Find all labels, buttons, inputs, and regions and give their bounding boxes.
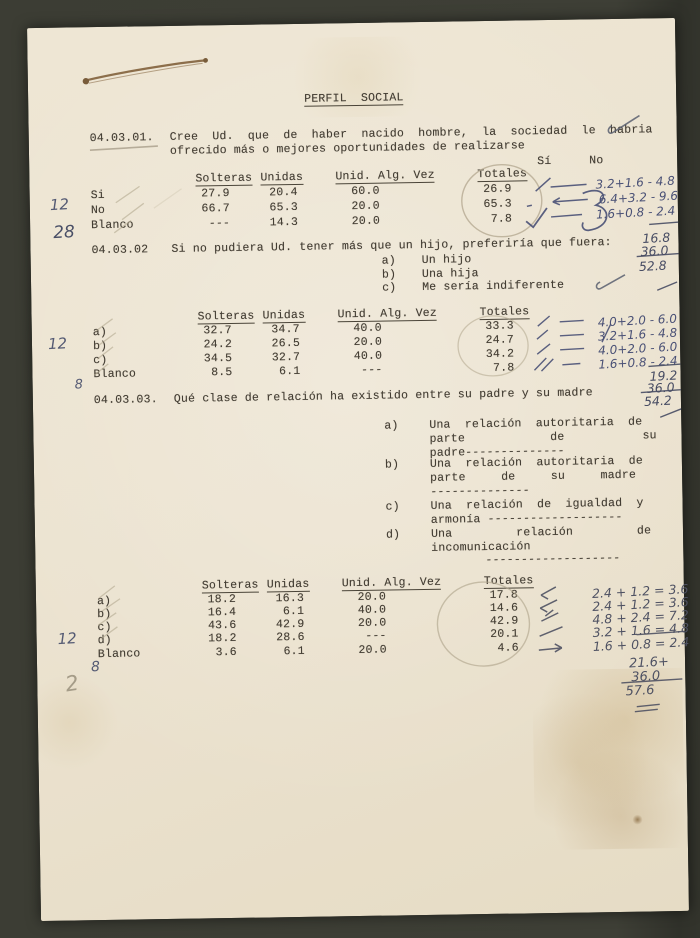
pen-checkmark-icon (596, 275, 625, 289)
cell: 43.6 (196, 619, 236, 633)
cell: 40.0 (342, 350, 382, 364)
cell: 32.7 (192, 324, 232, 338)
cell: 20.0 (347, 644, 387, 658)
option-letter: a) (384, 419, 398, 432)
cell: 26.9 (472, 183, 512, 197)
option-text: ------------------- (485, 552, 620, 567)
cell: 32.7 (260, 351, 300, 365)
cell: 20.4 (258, 186, 298, 200)
column-header: Solteras (195, 172, 252, 187)
cell: 16.3 (264, 592, 304, 606)
stain-dot (632, 815, 642, 825)
question-text-line: Qué clase de relación ha existido entre … (174, 386, 593, 406)
cell: 20.0 (340, 200, 380, 214)
option-text: parte de su (429, 429, 656, 446)
cell: 24.2 (192, 338, 232, 352)
handwritten-margin-count: 2 (64, 671, 81, 697)
option-text: Una relación de (431, 524, 651, 540)
cell: 3.6 (197, 646, 237, 660)
option-text: -------------- (430, 484, 530, 499)
option-text: Me sería indiferente (422, 279, 564, 294)
cell: 7.8 (474, 362, 514, 376)
cell: 6.1 (265, 645, 305, 659)
cell: 65.3 (472, 198, 512, 212)
question-number: 04.03.03. (94, 393, 158, 407)
cell: 42.9 (264, 618, 304, 632)
option-letter: c) (382, 281, 396, 294)
cell: 20.0 (346, 617, 386, 631)
cell: 27.9 (190, 187, 230, 201)
cell: 18.2 (196, 593, 236, 607)
handwritten-margin-count: 8 (91, 659, 101, 675)
handwritten-sum: 52.8 (638, 258, 667, 274)
column-header: Unidas (260, 171, 303, 186)
cell: 33.3 (474, 320, 514, 334)
question-text-line: Si no pudiera Ud. tener más que un hijo,… (171, 236, 611, 256)
column-header: Unidas (262, 309, 305, 324)
option-text: Una hija (422, 267, 479, 281)
cell: 40.0 (342, 322, 382, 336)
question-number: 04.03.01. (90, 131, 154, 145)
cell: 34.2 (474, 348, 514, 362)
option-letter: c) (385, 500, 399, 513)
column-header: Unid. Alg. Vez (337, 307, 437, 323)
row-label: Blanco (91, 218, 134, 232)
handwritten-sum: 36.0 (640, 243, 669, 259)
cell: 18.2 (197, 632, 237, 646)
staple-tear-mark (82, 58, 208, 85)
option-letter: a) (382, 254, 396, 267)
option-text: Un hijo (422, 253, 472, 267)
row-label: b) (93, 340, 107, 353)
cell: 6.1 (260, 365, 300, 379)
column-header: Unid. Alg. Vez (335, 169, 435, 185)
option-letter: b) (385, 458, 399, 471)
cell: 60.0 (340, 185, 380, 199)
column-header: Solteras (202, 579, 259, 594)
row-label: a) (97, 595, 111, 608)
row-label: Blanco (93, 367, 136, 381)
cell: 42.9 (478, 615, 518, 629)
cell: 16.4 (196, 606, 236, 620)
cell: 14.6 (478, 602, 518, 616)
row-label: a) (93, 326, 107, 339)
row-label: c) (93, 354, 107, 367)
cell: 4.6 (479, 641, 519, 655)
option-text: parte de su madre (430, 469, 636, 485)
page-title: PERFIL SOCIAL (304, 91, 404, 107)
column-header: Totales (477, 167, 527, 182)
cell: 20.0 (340, 215, 380, 229)
column-label-no: No (589, 154, 603, 167)
row-label: Blanco (98, 647, 141, 661)
scanner-background: PERFIL SOCIAL 04.03.01. Cree Ud. que de … (0, 0, 700, 938)
question-number: 04.03.02 (91, 243, 148, 257)
row-label: c) (97, 621, 111, 634)
handwritten-margin-count: 12 (57, 629, 77, 648)
cell: 20.0 (346, 591, 386, 605)
cell: 24.7 (474, 334, 514, 348)
cell: 34.5 (192, 352, 232, 366)
cell: 40.0 (346, 604, 386, 618)
cell: 65.3 (258, 201, 298, 215)
cell: 20.1 (479, 627, 519, 641)
cell: 6.1 (264, 605, 304, 619)
row-label: No (91, 204, 105, 217)
option-letter: d) (386, 528, 400, 541)
cell: --- (347, 630, 387, 644)
handwritten-sum: 54.2 (644, 393, 673, 409)
handwritten-margin-count: 28 (53, 222, 76, 243)
column-header: Unid. Alg. Vez (342, 576, 442, 592)
cell: --- (342, 364, 382, 378)
cell: 28.6 (265, 631, 305, 645)
handwritten-margin-count: 12 (48, 334, 68, 353)
cell: --- (190, 217, 230, 231)
option-letter: b) (382, 268, 396, 281)
stain-bottom-right (532, 668, 685, 850)
handwritten-margin-count: 8 (74, 377, 83, 392)
row-label: Si (91, 189, 105, 202)
handwritten-note: 1.6+0.8 - 2.4 (596, 204, 676, 222)
column-header: Solteras (197, 310, 254, 325)
stain-bottom-left (37, 667, 129, 778)
handwritten-margin-count: 12 (49, 195, 69, 214)
row-label: d) (98, 634, 112, 647)
column-header: Totales (479, 305, 529, 320)
cell: 14.3 (258, 216, 298, 230)
cell: 66.7 (190, 202, 230, 216)
row-label: b) (97, 608, 111, 621)
handwritten-sum: 57.6 (625, 683, 655, 699)
cell: 34.7 (260, 323, 300, 337)
cell: 20.0 (342, 336, 382, 350)
column-header: Totales (484, 574, 534, 589)
cell: 17.8 (478, 589, 518, 603)
cell: 26.5 (260, 337, 300, 351)
document-page: PERFIL SOCIAL 04.03.01. Cree Ud. que de … (27, 18, 689, 921)
column-header: Unidas (267, 578, 310, 593)
pencil-underline (90, 146, 158, 150)
cell: 8.5 (192, 366, 232, 380)
cell: 7.8 (472, 213, 512, 227)
